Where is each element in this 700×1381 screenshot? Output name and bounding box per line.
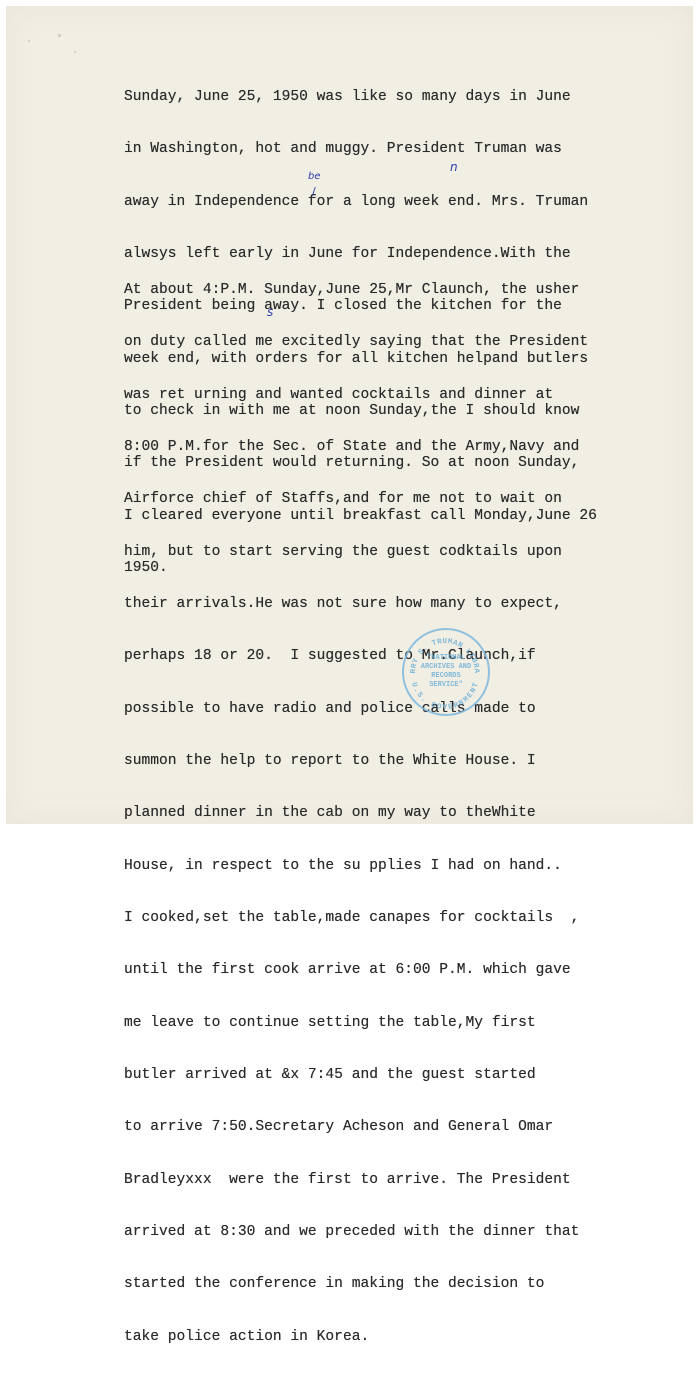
text-line: their arrivals.He was not sure how many … xyxy=(124,596,588,613)
text-line: perhaps 18 or 20. I suggested to Mr.Clau… xyxy=(124,648,588,665)
text-line: in Washington, hot and muggy. President … xyxy=(124,141,597,158)
handwritten-insertion-s: s xyxy=(267,306,273,318)
text-line: on duty called me excitedly saying that … xyxy=(124,334,588,351)
stamp-line: ARCHIVES AND xyxy=(416,663,476,672)
handwritten-insertion-be: be xyxy=(308,172,321,182)
text-line: him, but to start serving the guest codk… xyxy=(124,544,588,561)
stamp-line: RECORDS xyxy=(416,672,476,681)
text-line: possible to have radio and police calls … xyxy=(124,701,588,718)
paragraph-2: At about 4:P.M. Sunday,June 25,Mr Claunc… xyxy=(124,247,588,832)
text-line: summon the help to report to the White H… xyxy=(124,753,588,770)
archive-stamp: HARRY S. TRUMAN LIBRARY U.S. GOVERNMENT … xyxy=(402,628,490,716)
text-line: planned dinner in the cab on my way to t… xyxy=(124,805,588,822)
paper-speck xyxy=(28,40,30,42)
handwritten-insertion-n: n xyxy=(450,161,458,173)
stamp-line: SERVICE" xyxy=(416,681,476,690)
text-line: Airforce chief of Staffs,and for me not … xyxy=(124,491,588,508)
handwritten-caret: / xyxy=(312,186,316,197)
stamp-line: "NATIONAL xyxy=(416,654,476,663)
paper-speck xyxy=(74,51,76,53)
document-page: Sunday, June 25, 1950 was like so many d… xyxy=(6,6,693,824)
text-line: was ret urning and wanted cocktails and … xyxy=(124,387,588,404)
stamp-center-text: "NATIONAL ARCHIVES AND RECORDS SERVICE" xyxy=(416,654,476,690)
text-line: away in Independence for a long week end… xyxy=(124,194,597,211)
text-line: 8:00 P.M.for the Sec. of State and the A… xyxy=(124,439,588,456)
paper-speck xyxy=(58,34,61,37)
text-line: At about 4:P.M. Sunday,June 25,Mr Claunc… xyxy=(124,282,588,299)
text-line: Sunday, June 25, 1950 was like so many d… xyxy=(124,89,597,106)
